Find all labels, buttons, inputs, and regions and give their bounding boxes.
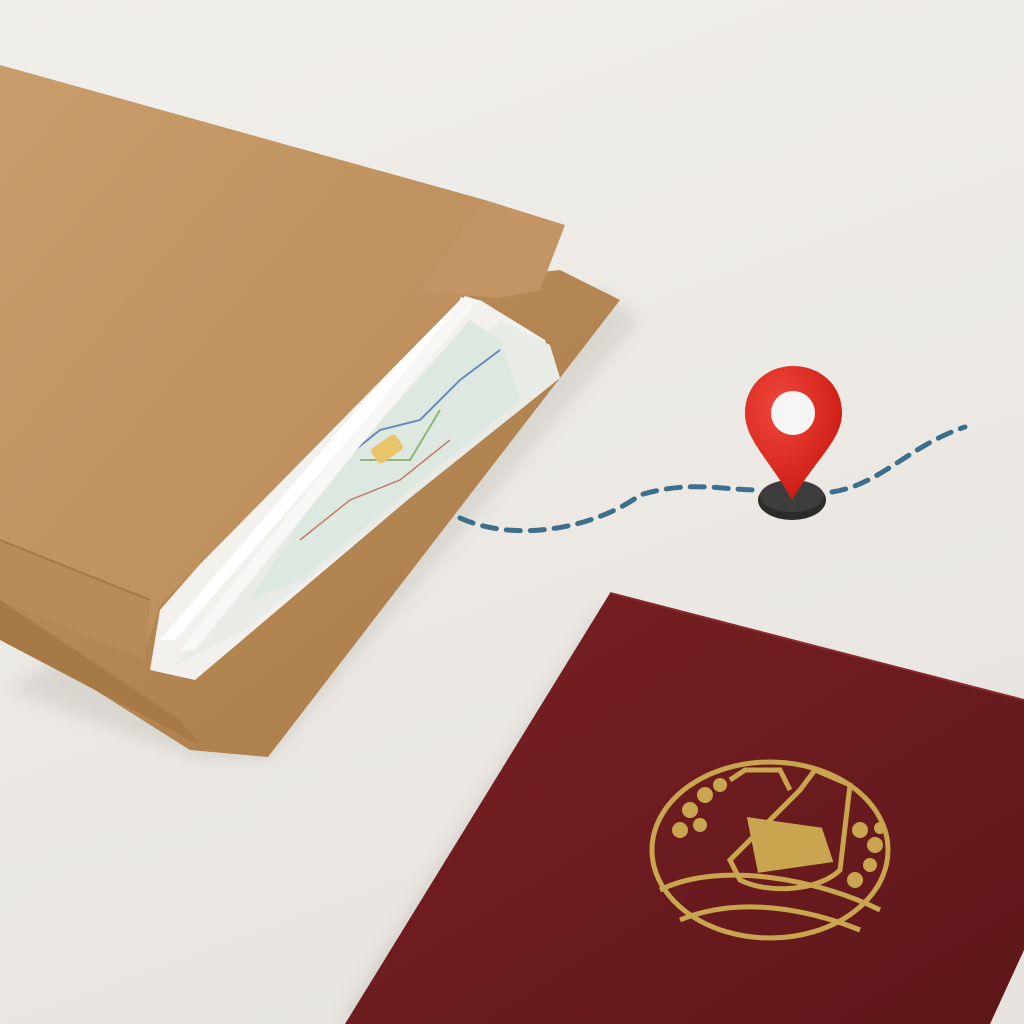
location-pin	[745, 366, 842, 520]
passport	[345, 593, 1024, 1024]
scene-illustration	[0, 0, 1024, 1024]
photo-scene	[0, 0, 1024, 1024]
kraft-envelope	[0, 65, 620, 757]
